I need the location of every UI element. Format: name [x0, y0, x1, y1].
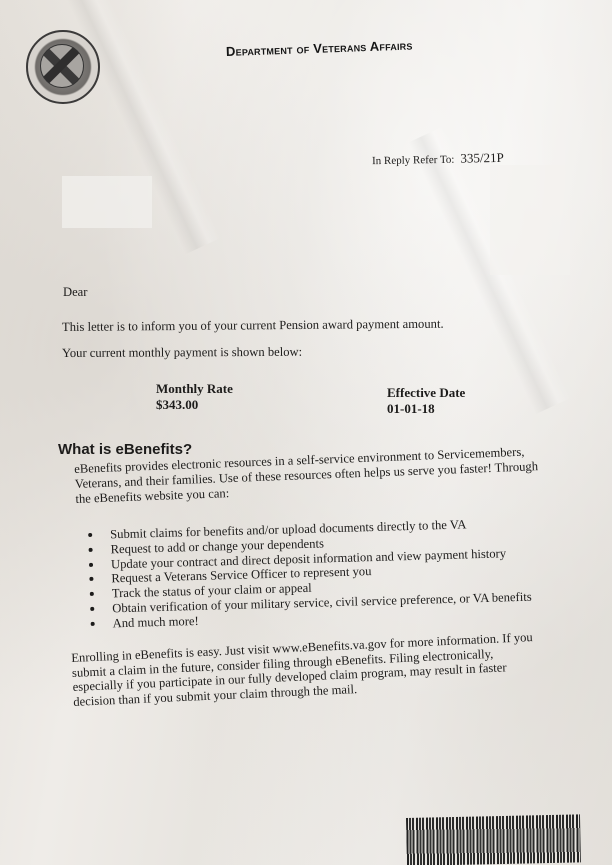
payment-paragraph: Your current monthly payment is shown be…: [62, 345, 302, 361]
effective-date: Effective Date 01-01-18: [387, 385, 465, 416]
barcode-icon: [406, 814, 581, 865]
intro-paragraph: This letter is to inform you of your cur…: [62, 317, 444, 335]
redacted-block: [490, 165, 570, 275]
bullet-icon: [89, 577, 93, 581]
monthly-rate-value: $343.00: [156, 397, 233, 413]
va-seal-icon: [26, 30, 100, 104]
ebenefits-heading: What is eBenefits?: [58, 441, 192, 458]
reference-label: In Reply Refer To:: [372, 154, 455, 167]
bullet-icon: [91, 622, 95, 626]
redacted-address: [62, 176, 152, 228]
bullet-icon: [89, 562, 93, 566]
effective-date-label: Effective Date: [387, 385, 465, 401]
ebenefits-closing: Enrolling in eBenefits is easy. Just vis…: [71, 630, 535, 709]
monthly-rate-label: Monthly Rate: [156, 381, 233, 397]
reference-line: In Reply Refer To:335/21P: [372, 150, 504, 168]
bullet-icon: [90, 592, 94, 596]
bullet-icon: [89, 548, 93, 552]
bullet-icon: [88, 533, 92, 537]
letter-page: Department of Veterans Affairs In Reply …: [0, 0, 612, 865]
reference-number: 335/21P: [460, 150, 504, 166]
effective-date-value: 01-01-18: [387, 401, 465, 417]
ebenefits-list: Submit claims for benefits and/or upload…: [88, 516, 532, 632]
department-title: Department of Veterans Affairs: [226, 37, 413, 59]
seal-emblem: [40, 44, 84, 88]
bullet-icon: [90, 607, 94, 611]
salutation: Dear: [63, 285, 87, 300]
list-item-text: And much more!: [112, 614, 198, 630]
monthly-rate: Monthly Rate $343.00: [156, 381, 233, 412]
